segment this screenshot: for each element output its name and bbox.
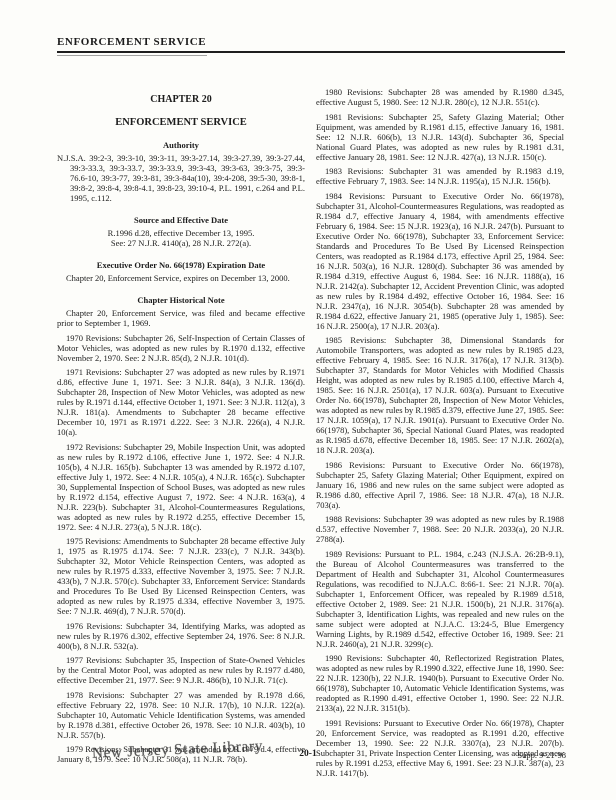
historical-paragraph-1977: 1977 Revisions: Subchapter 35, Inspectio… — [57, 655, 305, 685]
historical-paragraph-1990: 1990 Revisions: Subchapter 40, Reflector… — [316, 653, 564, 713]
historical-paragraph-1983: 1983 Revisions: Subchapter 31 was amende… — [316, 166, 564, 186]
supplement-date: Supp. 9-21-98 — [517, 750, 566, 760]
historical-paragraph-1984: 1984 Revisions: Pursuant to Executive Or… — [316, 191, 564, 331]
page-content: ENFORCEMENT SERVICE CHAPTER 20 ENFORCEME… — [57, 36, 565, 778]
historical-paragraph-1970: 1970 Revisions: Subchapter 26, Self-Insp… — [57, 333, 305, 363]
historical-paragraph-1985: 1985 Revisions: Subchapter 38, Dimension… — [316, 335, 564, 455]
running-header-title: ENFORCEMENT SERVICE — [57, 36, 206, 48]
chapter-title-heading: ENFORCEMENT SERVICE — [57, 118, 305, 128]
historical-paragraph-1988: 1988 Revisions: Subchapter 39 was adopte… — [316, 514, 564, 544]
source-line: See: 27 N.J.R. 4140(a), 28 N.J.R. 272(a)… — [57, 238, 305, 248]
running-header: ENFORCEMENT SERVICE — [57, 36, 565, 53]
historical-paragraph-1986: 1986 Revisions: Pursuant to Executive Or… — [316, 460, 564, 510]
historical-paragraph-1972: 1972 Revisions: Subchapter 29, Mobile In… — [57, 442, 305, 532]
historical-paragraph-1978: 1978 Revisions: Subchapter 27 was amende… — [57, 690, 305, 740]
authority-heading: Authority — [57, 140, 305, 150]
historical-paragraph-1989: 1989 Revisions: Pursuant to P.L. 1984, c… — [316, 549, 564, 649]
expiration-text: Chapter 20, Enforcement Service, expires… — [57, 273, 305, 283]
page-number: 20-1 — [299, 749, 316, 759]
historical-paragraph-1971: 1971 Revisions: Subchapter 27 was adopte… — [57, 367, 305, 437]
expiration-date-heading: Executive Order No. 66(1978) Expiration … — [57, 260, 305, 270]
right-column: 1980 Revisions: Subchapter 28 was amende… — [316, 87, 564, 778]
historical-note-heading: Chapter Historical Note — [57, 295, 305, 305]
document-page: ENFORCEMENT SERVICE CHAPTER 20 ENFORCEME… — [0, 0, 616, 800]
historical-paragraph-1980: 1980 Revisions: Subchapter 28 was amende… — [316, 87, 564, 107]
historical-paragraph-1991: 1991 Revisions: Pursuant to Executive Or… — [316, 718, 564, 778]
historical-paragraph-1976: 1976 Revisions: Subchapter 34, Identifyi… — [57, 621, 305, 651]
historical-paragraph-1981: 1981 Revisions: Subchapter 25, Safety Gl… — [316, 112, 564, 162]
left-column: CHAPTER 20 ENFORCEMENT SERVICE Authority… — [57, 87, 305, 778]
chapter-number-heading: CHAPTER 20 — [57, 95, 305, 105]
source-effective-date-heading: Source and Effective Date — [57, 215, 305, 225]
two-column-body: CHAPTER 20 ENFORCEMENT SERVICE Authority… — [57, 87, 565, 778]
historical-paragraph: Chapter 20, Enforcement Service, was fil… — [57, 308, 305, 328]
source-line: R.1996 d.28, effective December 13, 1995… — [57, 228, 305, 238]
historical-paragraph-1975: 1975 Revisions: Amendments to Subchapter… — [57, 536, 305, 616]
authority-text: N.J.S.A. 39:2-3, 39:3-10, 39:3-11, 39:3-… — [57, 153, 305, 203]
